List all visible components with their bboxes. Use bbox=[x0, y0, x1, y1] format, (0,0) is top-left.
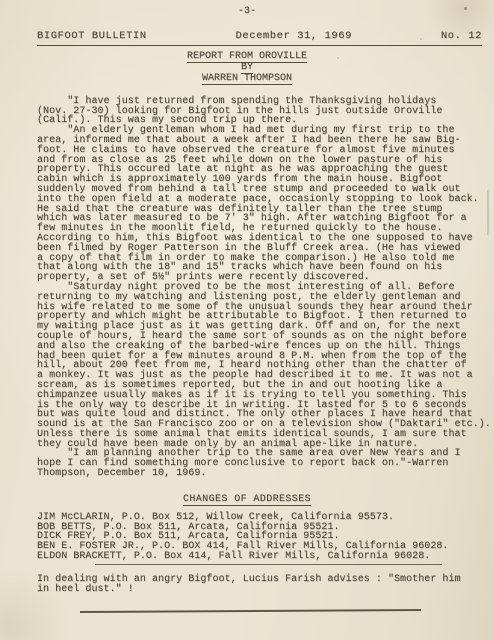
bottom-divider-rule bbox=[80, 609, 421, 613]
issue-number: No. 12 bbox=[441, 30, 482, 42]
addresses-section-heading-wrap: CHANGES OF ADDRESSES bbox=[0, 494, 494, 506]
article-body: "I have just returned from spending the … bbox=[37, 97, 494, 479]
address-list: JIM McCLARIN, P.O. Box 512, Willow Creek… bbox=[37, 513, 494, 562]
paragraph: "I have just returned from spending the … bbox=[37, 97, 494, 126]
article-headline: REPORT FROM OROVILLE BY WARREN THOMPSON bbox=[0, 52, 494, 85]
page-number: -3- bbox=[0, 0, 494, 17]
paragraph: "I am planning another trip to the same … bbox=[37, 449, 494, 478]
paragraph: "An elderly gentleman whom I had met dur… bbox=[37, 126, 494, 283]
closing-note: In dealing with an angry Bigfoot, Lucius… bbox=[37, 575, 494, 595]
issue-date: December 31, 1969 bbox=[147, 30, 441, 42]
article-author: WARREN THOMPSON bbox=[202, 74, 292, 85]
scan-speck bbox=[420, 38, 422, 40]
address-entry: ELDON BRACKETT, P.O. Box 414, Fall River… bbox=[37, 552, 494, 562]
addresses-section-heading: CHANGES OF ADDRESSES bbox=[183, 494, 311, 506]
scan-speck bbox=[337, 57, 339, 59]
paragraph: "Saturday night proved to be the most in… bbox=[37, 283, 494, 450]
bulletin-title: BIGFOOT BULLETIN bbox=[37, 30, 147, 42]
scan-crease bbox=[487, 190, 489, 235]
scanned-newsletter-page: -3- BIGFOOT BULLETIN December 31, 1969 N… bbox=[0, 0, 494, 640]
masthead: BIGFOOT BULLETIN December 31, 1969 No. 1… bbox=[37, 30, 482, 46]
scan-speck bbox=[464, 7, 467, 10]
address-list-underline-rule bbox=[95, 564, 442, 566]
